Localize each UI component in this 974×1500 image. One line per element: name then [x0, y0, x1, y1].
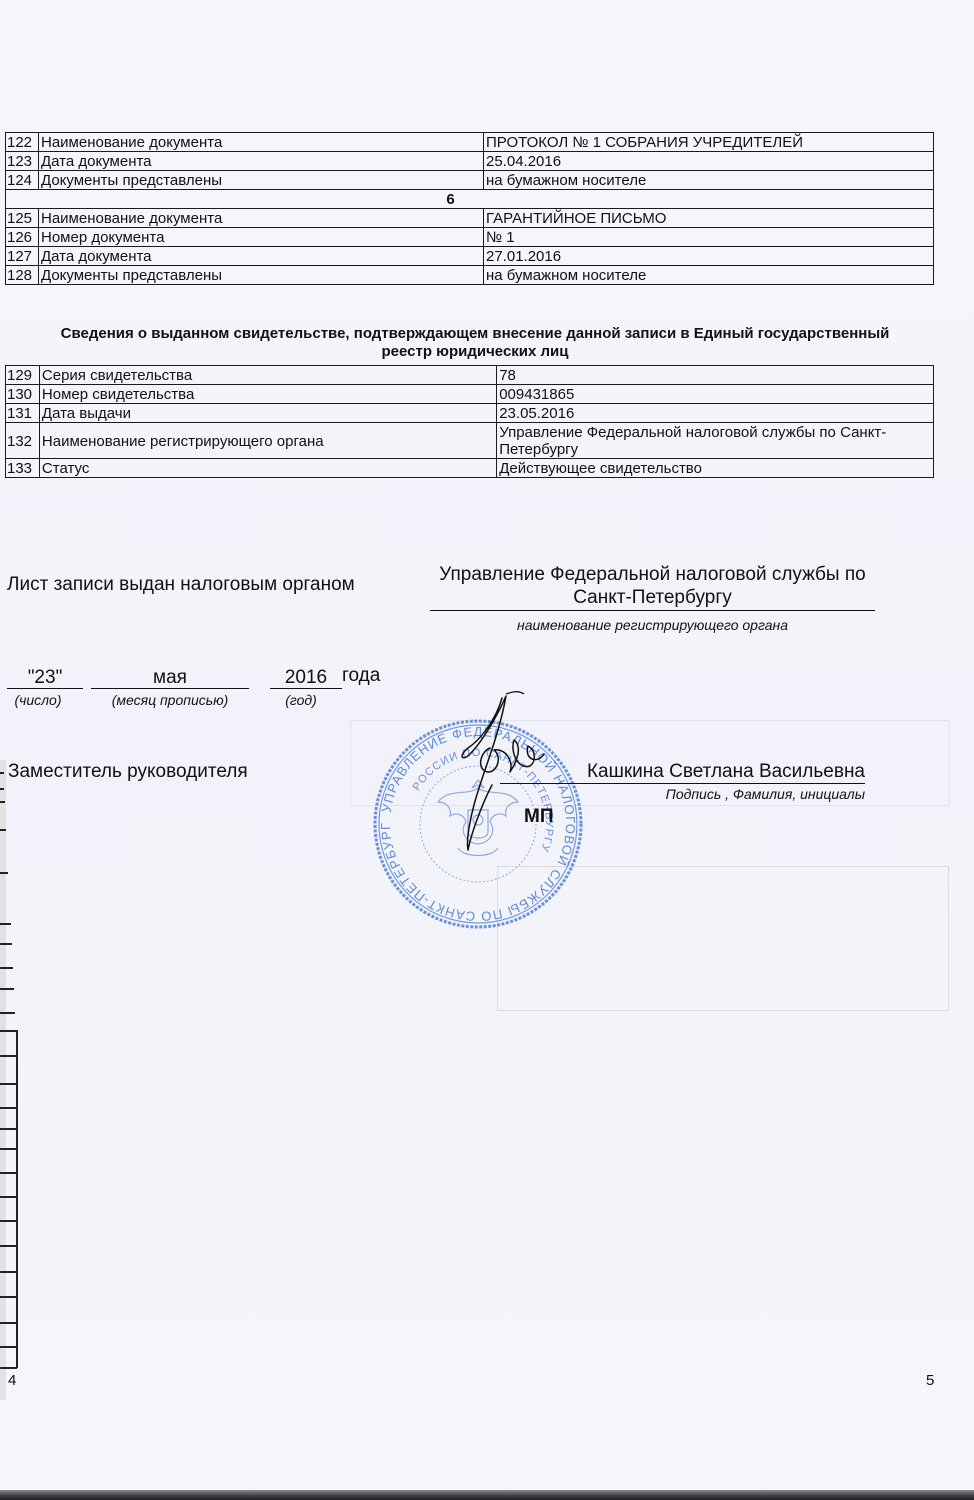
- row-number: 130: [6, 385, 40, 404]
- edge-tick: [0, 923, 11, 925]
- edge-tick: [0, 1030, 16, 1032]
- edge-tick: [0, 1107, 17, 1109]
- row-number: 131: [6, 404, 40, 423]
- row-number: 129: [6, 366, 40, 385]
- edge-tick: [0, 988, 14, 990]
- edge-tick: [0, 1346, 17, 1348]
- row-label: Серия свидетельства: [39, 366, 496, 385]
- row-label: Документы представлены: [39, 171, 484, 190]
- table-row: 133 Статус Действующее свидетельство: [6, 459, 934, 478]
- date-month-caption: (месяц прописью): [91, 692, 249, 708]
- row-number: 126: [6, 228, 39, 247]
- edge-tick: [0, 788, 4, 790]
- edge-tick: [0, 1148, 17, 1150]
- documents-table: 122 Наименование документа ПРОТОКОЛ № 1 …: [5, 132, 934, 285]
- row-value: 27.01.2016: [484, 247, 934, 266]
- edge-tick: [0, 829, 6, 831]
- date-year: 2016: [270, 667, 342, 689]
- edge-tick: [0, 872, 8, 874]
- edge-tick: [0, 1172, 17, 1174]
- row-value: ГАРАНТИЙНОЕ ПИСЬМО: [484, 209, 934, 228]
- edge-tick: [0, 943, 12, 945]
- date-year-caption: (год): [270, 692, 332, 708]
- table-row: 130 Номер свидетельства 009431865: [6, 385, 934, 404]
- row-value: Действующее свидетельство: [497, 459, 934, 478]
- edge-tick: [0, 1322, 17, 1324]
- row-number: 123: [6, 152, 39, 171]
- edge-tick: [0, 1367, 17, 1369]
- row-label: Дата документа: [39, 152, 484, 171]
- date-month: мая: [91, 667, 249, 689]
- seal-place-label: МП: [524, 806, 553, 828]
- table-row: 131 Дата выдачи 23.05.2016: [6, 404, 934, 423]
- row-value: 25.04.2016: [484, 152, 934, 171]
- row-number: 127: [6, 247, 39, 266]
- section-number: 6: [6, 190, 934, 209]
- certificate-table: 129 Серия свидетельства 78 130 Номер сви…: [5, 365, 934, 478]
- row-value: № 1: [484, 228, 934, 247]
- row-label: Номер документа: [39, 228, 484, 247]
- row-value: Управление Федеральной налоговой службы …: [497, 423, 934, 459]
- row-label: Номер свидетельства: [39, 385, 496, 404]
- edge-tick: [0, 1296, 17, 1298]
- date-day-caption: (число): [7, 692, 69, 708]
- date-year-suffix: года: [342, 665, 380, 687]
- edge-table-border: [16, 1030, 18, 1368]
- row-value: 23.05.2016: [497, 404, 934, 423]
- authority-caption: наименование регистрирующего органа: [430, 617, 875, 633]
- scan-bottom-edge: [0, 1490, 974, 1500]
- row-number: 122: [6, 133, 39, 152]
- row-label: Документы представлены: [39, 266, 484, 285]
- issued-by-label: Лист записи выдан налоговым органом: [7, 574, 355, 596]
- row-value: 78: [497, 366, 934, 385]
- row-value: на бумажном носителе: [484, 171, 934, 190]
- edge-tick: [0, 1245, 17, 1247]
- edge-tick: [0, 801, 5, 803]
- date-day: "23": [7, 667, 83, 689]
- row-label: Статус: [39, 459, 496, 478]
- table-row: 128 Документы представлены на бумажном н…: [6, 266, 934, 285]
- row-value: на бумажном носителе: [484, 266, 934, 285]
- table-row: 127 Дата документа 27.01.2016: [6, 247, 934, 266]
- signatory-name: Кашкина Светлана Васильевна: [500, 761, 865, 784]
- edge-tick: [0, 1196, 17, 1198]
- row-number: 133: [6, 459, 40, 478]
- row-number: 132: [6, 423, 40, 459]
- edge-tick: [0, 1220, 17, 1222]
- row-value: ПРОТОКОЛ № 1 СОБРАНИЯ УЧРЕДИТЕЛЕЙ: [484, 133, 934, 152]
- authority-name: Управление Федеральной налоговой службы …: [430, 563, 875, 611]
- edge-tick: [0, 1012, 15, 1014]
- table-row: 129 Серия свидетельства 78: [6, 366, 934, 385]
- row-value: 009431865: [497, 385, 934, 404]
- edge-tick: [0, 772, 4, 774]
- table-row: 124 Документы представлены на бумажном н…: [6, 171, 934, 190]
- signatory-caption: Подпись , Фамилия, инициалы: [560, 786, 865, 802]
- edge-tick: [0, 1055, 17, 1057]
- row-label: Наименование документа: [39, 209, 484, 228]
- table-row: 132 Наименование регистрирующего органа …: [6, 423, 934, 459]
- certificate-section-title: Сведения о выданном свидетельстве, подтв…: [40, 325, 910, 361]
- row-number: 128: [6, 266, 39, 285]
- section-row: 6: [6, 190, 934, 209]
- edge-tick: [0, 1271, 17, 1273]
- table-row: 122 Наименование документа ПРОТОКОЛ № 1 …: [6, 133, 934, 152]
- row-label: Наименование документа: [39, 133, 484, 152]
- row-label: Наименование регистрирующего органа: [39, 423, 496, 459]
- table-row: 126 Номер документа № 1: [6, 228, 934, 247]
- row-label: Дата выдачи: [39, 404, 496, 423]
- row-number: 125: [6, 209, 39, 228]
- edge-tick: [0, 1128, 17, 1130]
- signatory-position: Заместитель руководителя: [8, 761, 248, 783]
- edge-tick: [0, 967, 13, 969]
- previous-page-edge: [0, 760, 6, 1400]
- page-number-right: 5: [926, 1372, 934, 1389]
- table-row: 125 Наименование документа ГАРАНТИЙНОЕ П…: [6, 209, 934, 228]
- row-label: Дата документа: [39, 247, 484, 266]
- row-number: 124: [6, 171, 39, 190]
- edge-tick: [0, 1083, 17, 1085]
- page-number-left: 4: [8, 1372, 16, 1389]
- table-row: 123 Дата документа 25.04.2016: [6, 152, 934, 171]
